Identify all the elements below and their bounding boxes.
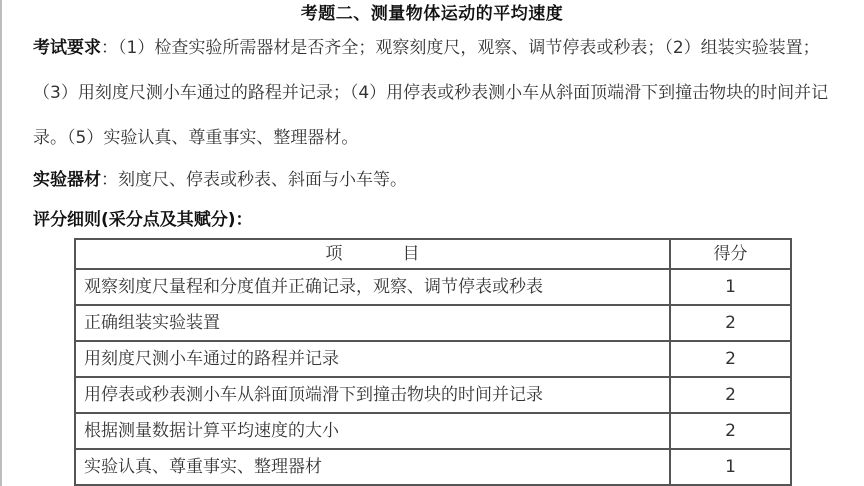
equipment-text: 刻度尺、停表或秒表、斜面与小车等。: [118, 170, 407, 190]
header-item: 项目: [75, 239, 670, 269]
table-row: 用刻度尺测小车通过的路程并记录 2: [75, 341, 791, 377]
table-row: 观察刻度尺量程和分度值并正确记录，观察、调节停表或秒表 1: [75, 269, 791, 305]
requirements-label: 考试要求: [33, 38, 101, 58]
row-score: 2: [670, 341, 791, 377]
scoring-heading: 评分细则(采分点及其赋分)：: [33, 206, 253, 234]
row-score: 2: [670, 413, 791, 449]
table-row: 根据测量数据计算平均速度的大小 2: [75, 413, 791, 449]
row-item: 观察刻度尺量程和分度值并正确记录，观察、调节停表或秒表: [75, 269, 670, 305]
header-item-part1: 项: [326, 240, 343, 268]
row-item: 正确组装实验装置: [75, 305, 670, 341]
table-header-row: 项目 得分: [75, 239, 791, 269]
row-score: 2: [670, 305, 791, 341]
table-row: 正确组装实验装置 2: [75, 305, 791, 341]
table-row: 用停表或秒表测小车从斜面顶端滑下到撞击物块的时间并记录 2: [75, 377, 791, 413]
scoring-table: 项目 得分 观察刻度尺量程和分度值并正确记录，观察、调节停表或秒表 1 正确组装…: [74, 238, 792, 486]
equipment-label: 实验器材: [33, 170, 101, 190]
row-item: 根据测量数据计算平均速度的大小: [75, 413, 670, 449]
row-score: 2: [670, 377, 791, 413]
page-title: 考题二、测量物体运动的平均速度: [0, 2, 864, 26]
row-item: 用刻度尺测小车通过的路程并记录: [75, 341, 670, 377]
requirements-text: （1）检查实验所需器材是否齐全；观察刻度尺，观察、调节停表或秒表；（2）组装实验…: [33, 38, 828, 148]
equipment-separator: ：: [101, 170, 118, 190]
header-score: 得分: [670, 239, 791, 269]
exam-requirements: 考试要求：（1）检查实验所需器材是否齐全；观察刻度尺，观察、调节停表或秒表；（2…: [33, 26, 843, 161]
row-score: 1: [670, 449, 791, 485]
row-score: 1: [670, 269, 791, 305]
header-item-part2: 目: [403, 240, 420, 268]
row-item: 用停表或秒表测小车从斜面顶端滑下到撞击物块的时间并记录: [75, 377, 670, 413]
table-row: 实验认真、尊重事实、整理器材 1: [75, 449, 791, 485]
requirements-separator: ：: [101, 38, 118, 58]
experiment-equipment: 实验器材：刻度尺、停表或秒表、斜面与小车等。: [33, 158, 843, 203]
row-item: 实验认真、尊重事实、整理器材: [75, 449, 670, 485]
page-edge-rule: [0, 0, 2, 486]
